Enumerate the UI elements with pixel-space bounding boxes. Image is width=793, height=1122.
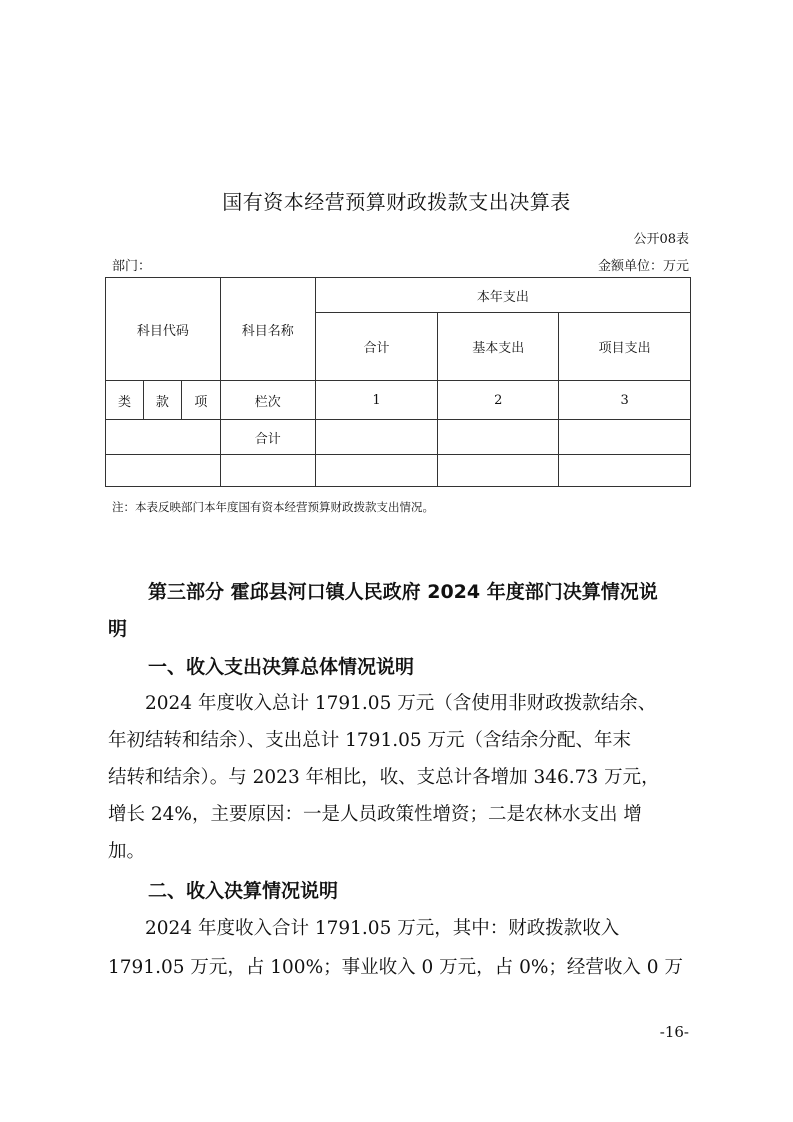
sub-header-kuan: 款	[143, 381, 181, 420]
expenditure-table: 科目代码 科目名称 本年支出 合计 基本支出 项目支出 类 款 项 栏次 1 2…	[105, 277, 691, 487]
header-subject-code: 科目代码	[106, 278, 221, 381]
col-index-1: 1	[315, 381, 438, 420]
sub-header-lei: 类	[106, 381, 144, 420]
section-heading-1: 一、收入支出决算总体情况说明	[148, 652, 414, 679]
header-total: 合计	[315, 313, 438, 381]
total-row-total	[315, 420, 438, 455]
empty-cell	[315, 455, 438, 487]
section-heading-2: 二、收入决算情况说明	[148, 876, 338, 903]
table-row	[106, 455, 691, 487]
header-subject-name: 科目名称	[220, 278, 315, 381]
col-index-3: 3	[559, 381, 691, 420]
part-heading: 第三部分 霍邱县河口镇人民政府 2024 年度部门决算情况说	[148, 577, 658, 604]
total-row-basic	[438, 420, 559, 455]
empty-cell	[106, 455, 221, 487]
paragraph-line: 年初结转和结余）、支出总计 1791.05 万元（含结余分配、年末	[108, 726, 631, 752]
unit-label: 金额单位：万元	[598, 255, 689, 274]
empty-cell	[559, 455, 691, 487]
paragraph-line: 2024 年度收入总计 1791.05 万元（含使用非财政拨款结余、	[108, 689, 656, 715]
part-heading-continued: 明	[108, 614, 127, 641]
header-current-year-expenditure: 本年支出	[315, 278, 690, 313]
sub-header-xiang: 项	[181, 381, 220, 420]
paragraph-line: 增长 24%，主要原因：一是人员政策性增资；二是农林水支出 增	[108, 800, 642, 826]
paragraph-line: 加。	[108, 837, 145, 863]
total-row: 合计	[106, 420, 691, 455]
total-row-label: 合计	[220, 420, 315, 455]
paragraph-line: 1791.05 万元，占 100%；事业收入 0 万元，占 0%；经营收入 0 …	[108, 953, 683, 979]
col-index-2: 2	[438, 381, 559, 420]
row-index-label: 栏次	[220, 381, 315, 420]
total-row-code	[106, 420, 221, 455]
department-label: 部门：	[112, 255, 151, 274]
table-title: 国有资本经营预算财政拨款支出决算表	[0, 186, 793, 215]
table-note: 注：本表反映部门本年度国有资本经营预算财政拨款支出情况。	[112, 499, 434, 515]
header-project-expenditure: 项目支出	[559, 313, 691, 381]
empty-cell	[438, 455, 559, 487]
empty-cell	[220, 455, 315, 487]
paragraph-line: 结转和结余）。与 2023 年相比，收、支总计各增加 346.73 万元，	[108, 763, 660, 789]
form-number: 公开08表	[633, 228, 689, 247]
page-number: -16-	[660, 1023, 689, 1041]
total-row-project	[559, 420, 691, 455]
header-basic-expenditure: 基本支出	[438, 313, 559, 381]
paragraph-line: 2024 年度收入合计 1791.05 万元，其中：财政拨款收入	[108, 914, 619, 940]
